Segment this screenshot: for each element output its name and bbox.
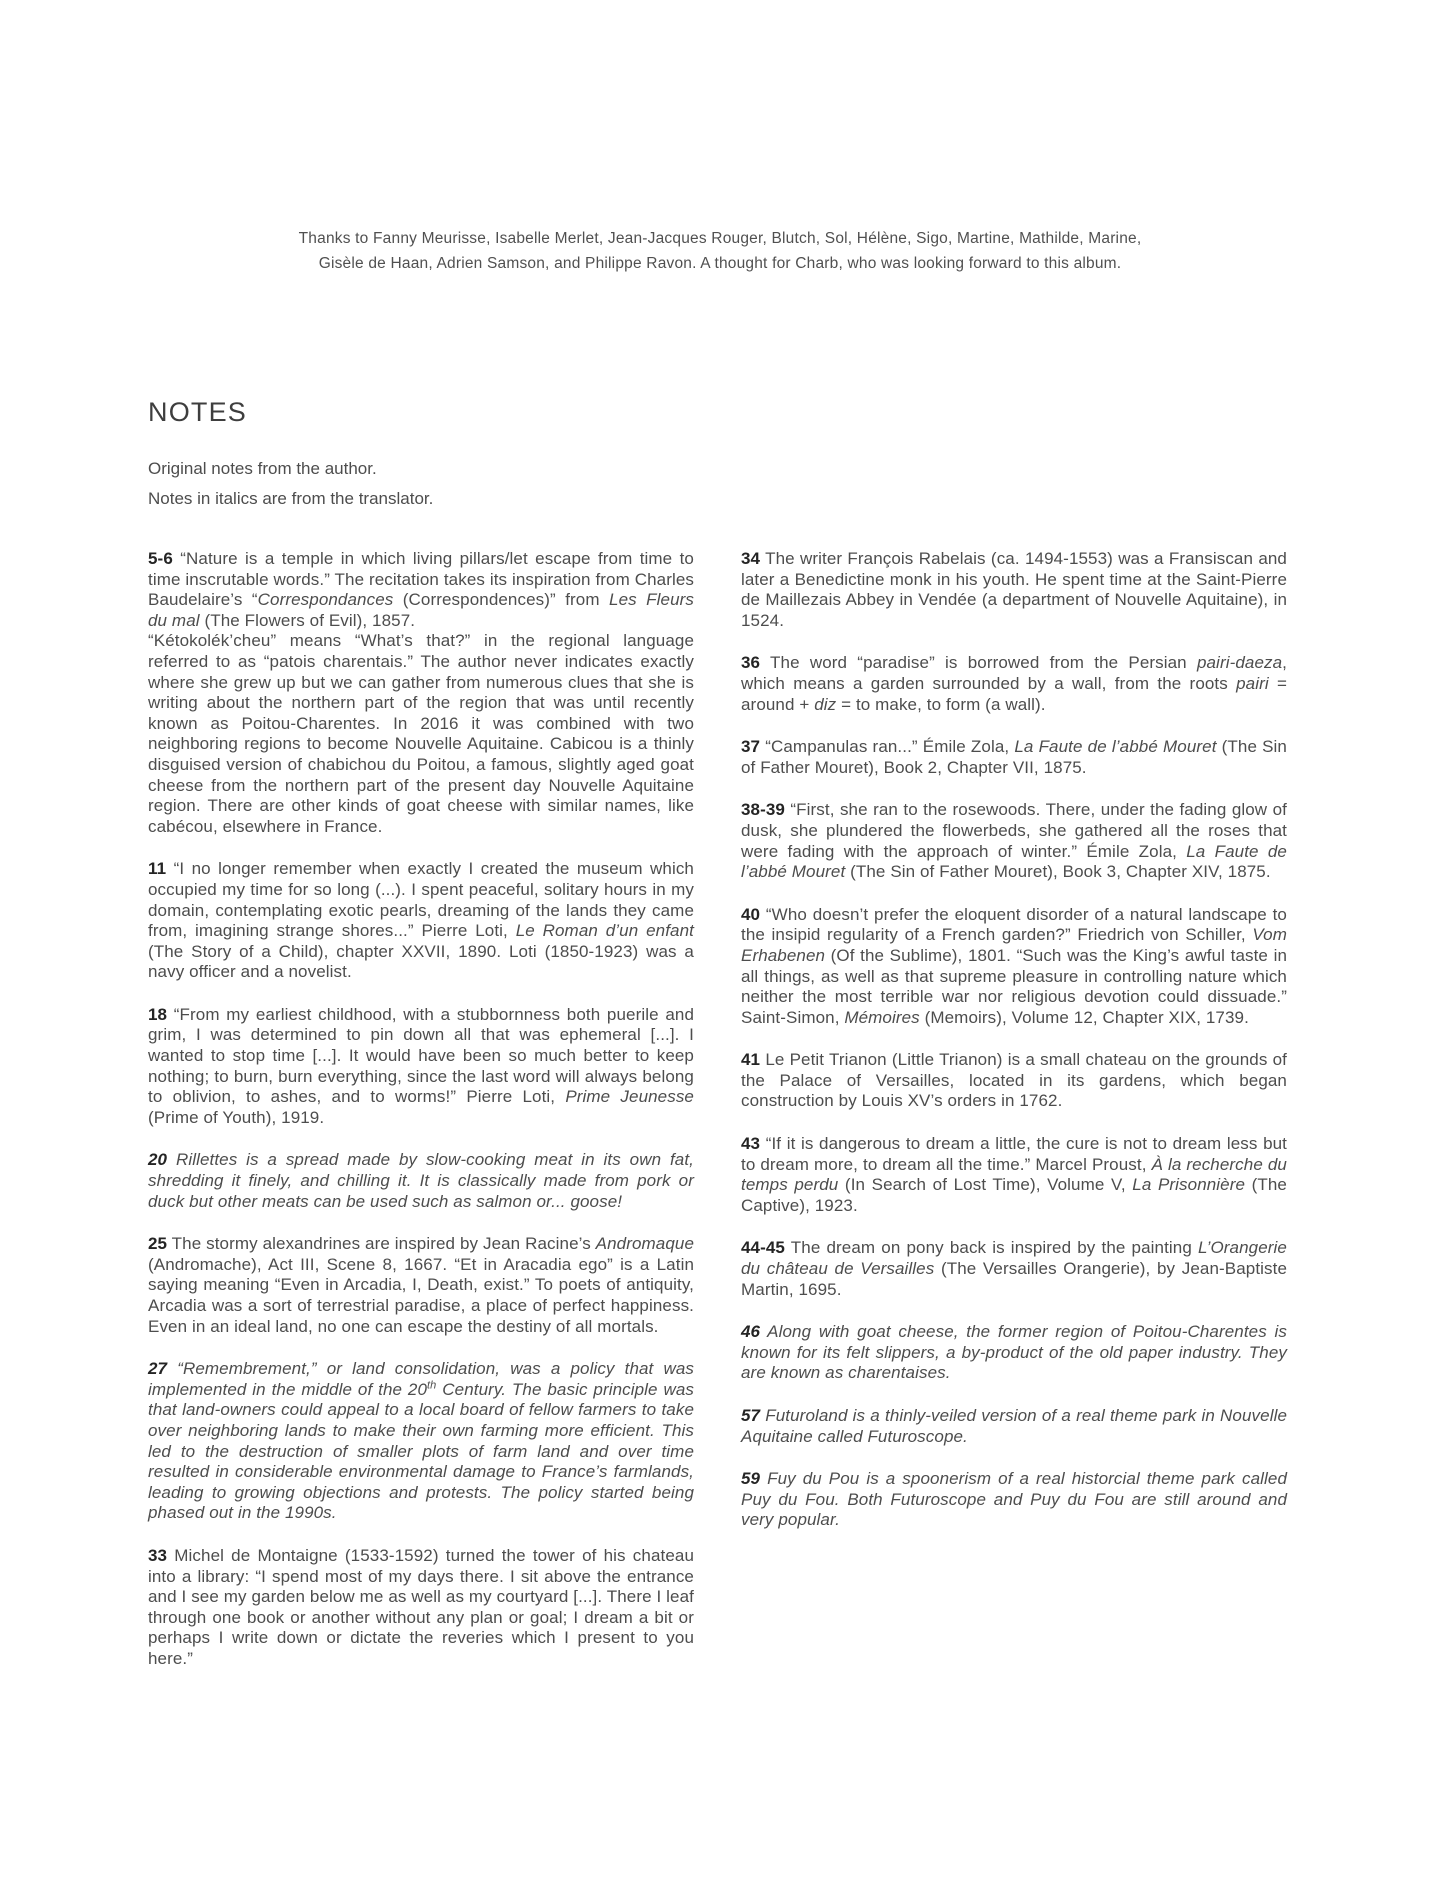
- note-43: 43 “If it is dangerous to dream a little…: [741, 1134, 1287, 1216]
- note-number: 25: [148, 1234, 167, 1253]
- note-paragraph: 44-45 The dream on pony back is inspired…: [741, 1238, 1287, 1300]
- note-paragraph: 37 “Campanulas ran...” Émile Zola, La Fa…: [741, 737, 1287, 778]
- note-paragraph: 25 The stormy alexandrines are inspired …: [148, 1234, 694, 1337]
- note-paragraph: 34 The writer François Rabelais (ca. 149…: [741, 549, 1287, 631]
- note-27: 27 “Remembrement,” or land consolidation…: [148, 1359, 694, 1524]
- note-18: 18 “From my earliest childhood, with a s…: [148, 1005, 694, 1129]
- note-25: 25 The stormy alexandrines are inspired …: [148, 1234, 694, 1337]
- notes-columns: 5-6 “Nature is a temple in which living …: [148, 549, 1288, 1692]
- note-number: 46: [741, 1322, 760, 1341]
- note-37: 37 “Campanulas ran...” Émile Zola, La Fa…: [741, 737, 1287, 778]
- note-number: 34: [741, 549, 760, 568]
- note-33: 33 Michel de Montaigne (1533-1592) turne…: [148, 1546, 694, 1670]
- note-paragraph: 36 The word “paradise” is borrowed from …: [741, 653, 1287, 715]
- note-number: 11: [148, 859, 166, 878]
- note-36: 36 The word “paradise” is borrowed from …: [741, 653, 1287, 715]
- note-40: 40 “Who doesn’t prefer the eloquent diso…: [741, 905, 1287, 1029]
- intro-line-translator: Notes in italics are from the translator…: [148, 489, 433, 510]
- notes-intro: Original notes from the author. Notes in…: [148, 459, 433, 518]
- note-paragraph: 43 “If it is dangerous to dream a little…: [741, 1134, 1287, 1216]
- note-number: 44-45: [741, 1238, 785, 1257]
- note-number: 20: [148, 1150, 167, 1169]
- notes-heading: NOTES: [148, 397, 247, 428]
- note-paragraph: 46 Along with goat cheese, the former re…: [741, 1322, 1287, 1384]
- note-11: 11 “I no longer remember when exactly I …: [148, 859, 694, 983]
- note-paragraph: 20 Rillettes is a spread made by slow-co…: [148, 1150, 694, 1212]
- note-number: 18: [148, 1005, 167, 1024]
- note-number: 37: [741, 737, 760, 756]
- note-59: 59 Fuy du Pou is a spoonerism of a real …: [741, 1469, 1287, 1531]
- note-38-39: 38-39 “First, she ran to the rosewoods. …: [741, 800, 1287, 882]
- page: { "page": { "background": "#ffffff", "te…: [0, 0, 1440, 1898]
- note-number: 36: [741, 653, 760, 672]
- note-number: 27: [148, 1359, 167, 1378]
- note-20: 20 Rillettes is a spread made by slow-co…: [148, 1150, 694, 1212]
- note-number: 38-39: [741, 800, 785, 819]
- note-paragraph: 5-6 “Nature is a temple in which living …: [148, 549, 694, 631]
- acknowledgments-line-1: Thanks to Fanny Meurisse, Isabelle Merle…: [0, 226, 1440, 251]
- note-number: 57: [741, 1406, 760, 1425]
- note-5-6: 5-6 “Nature is a temple in which living …: [148, 549, 694, 837]
- notes-column-left: 5-6 “Nature is a temple in which living …: [148, 549, 694, 1692]
- note-paragraph: 57 Futuroland is a thinly-veiled version…: [741, 1406, 1287, 1447]
- acknowledgments-line-2: Gisèle de Haan, Adrien Samson, and Phili…: [0, 251, 1440, 276]
- note-paragraph: 38-39 “First, she ran to the rosewoods. …: [741, 800, 1287, 882]
- note-46: 46 Along with goat cheese, the former re…: [741, 1322, 1287, 1384]
- note-57: 57 Futuroland is a thinly-veiled version…: [741, 1406, 1287, 1447]
- note-34: 34 The writer François Rabelais (ca. 149…: [741, 549, 1287, 631]
- note-paragraph: “Kétokolék’cheu” means “What’s that?” in…: [148, 631, 694, 837]
- note-paragraph: 27 “Remembrement,” or land consolidation…: [148, 1359, 694, 1524]
- note-number: 59: [741, 1469, 760, 1488]
- note-paragraph: 11 “I no longer remember when exactly I …: [148, 859, 694, 983]
- note-paragraph: 59 Fuy du Pou is a spoonerism of a real …: [741, 1469, 1287, 1531]
- note-paragraph: 41 Le Petit Trianon (Little Trianon) is …: [741, 1050, 1287, 1112]
- notes-column-right: 34 The writer François Rabelais (ca. 149…: [741, 549, 1287, 1692]
- note-number: 41: [741, 1050, 760, 1069]
- note-paragraph: 18 “From my earliest childhood, with a s…: [148, 1005, 694, 1129]
- note-paragraph: 40 “Who doesn’t prefer the eloquent diso…: [741, 905, 1287, 1029]
- note-number: 40: [741, 905, 760, 924]
- note-paragraph: 33 Michel de Montaigne (1533-1592) turne…: [148, 1546, 694, 1670]
- note-44-45: 44-45 The dream on pony back is inspired…: [741, 1238, 1287, 1300]
- note-number: 43: [741, 1134, 760, 1153]
- note-number: 33: [148, 1546, 167, 1565]
- note-number: 5-6: [148, 549, 173, 568]
- intro-line-author: Original notes from the author.: [148, 459, 433, 480]
- note-41: 41 Le Petit Trianon (Little Trianon) is …: [741, 1050, 1287, 1112]
- acknowledgments: Thanks to Fanny Meurisse, Isabelle Merle…: [0, 226, 1440, 276]
